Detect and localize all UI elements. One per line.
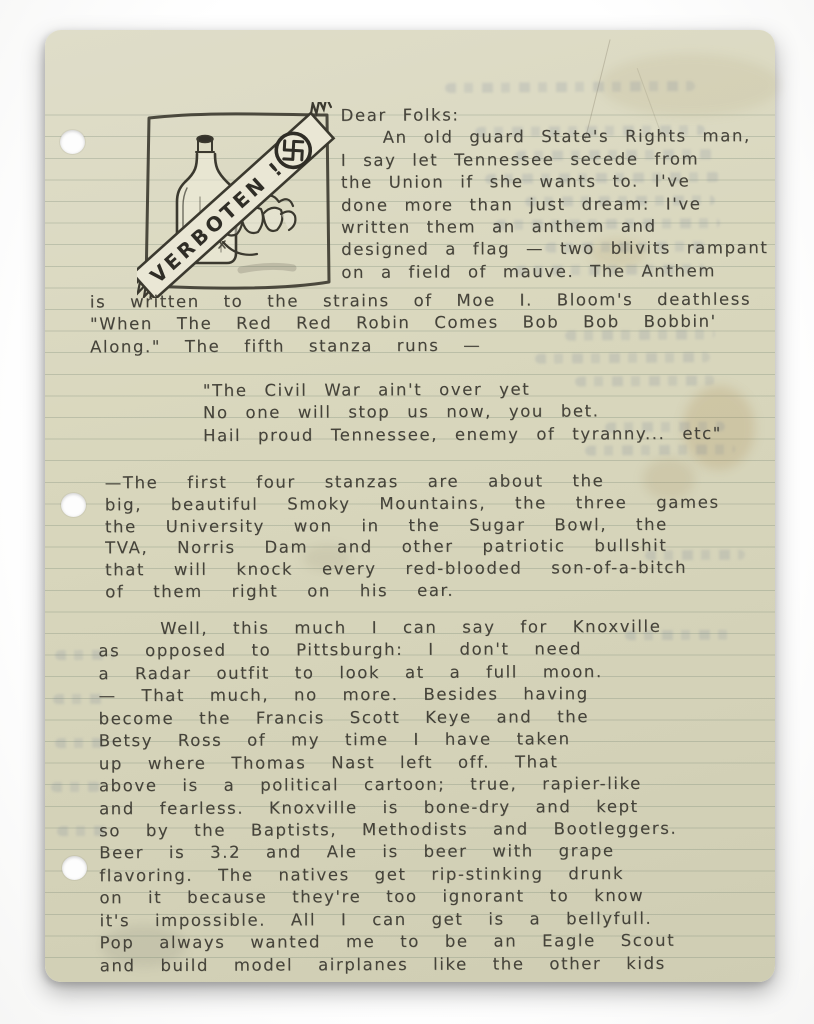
handwriting-line: —The first four stanzas are about the (105, 470, 720, 494)
letter-paragraph-stanzas: —The first four stanzas are about thebig… (105, 470, 720, 603)
handwriting-line: up where Thomas Nast left off. That (99, 750, 677, 775)
cartoon-sketch: VERBOTEN ! (137, 102, 337, 298)
handwriting-line: flavoring. The natives get rip-stinking … (99, 863, 677, 888)
handwriting-line: so by the Baptists, Methodists and Bootl… (99, 818, 677, 843)
handwriting-line: as opposed to Pittsburgh: I don't need (98, 638, 676, 663)
hole-punch (60, 130, 85, 154)
handwriting-line: become the Francis Scott Keye and the (99, 705, 677, 730)
handwriting-line: that will knock every red-blooded son-of… (105, 557, 720, 581)
handwriting-line: "When The Red Red Robin Comes Bob Bob Bo… (90, 311, 751, 336)
handwriting-line: of them right on his ear. (105, 579, 720, 603)
hole-punch (61, 493, 86, 517)
handwriting-line: a Radar outfit to look at a full moon. (98, 661, 676, 686)
handwriting-line: the University won in the Sugar Bowl, th… (105, 513, 720, 537)
handwriting-line: big, beautiful Smoky Mountains, the thre… (105, 491, 720, 515)
handwriting-line: designed a flag — two blivits rampant (341, 237, 768, 261)
letter-salutation: Dear Folks: (341, 103, 768, 127)
handwriting-line: Along." The fifth stanza runs — (90, 333, 751, 358)
handwriting-line: Betsy Ross of my time I have taken (99, 728, 677, 753)
handwriting-line: — That much, no more. Besides having (99, 683, 677, 708)
handwriting-line: written them an anthem and (341, 215, 768, 239)
anthem-stanza-quote: "The Civil War ain't over yetNo one will… (203, 378, 722, 447)
hole-punch (62, 856, 87, 880)
handwriting-line: Hail proud Tennessee, enemy of tyranny..… (203, 423, 722, 448)
letter-opening-block: Dear Folks: An old guard State's Rights … (341, 103, 769, 284)
notebook-paper-sheet: VERBOTEN ! Dear Folks: An old guard Stat… (45, 30, 775, 982)
political-cartoon-drawing: VERBOTEN ! (137, 102, 337, 298)
handwriting-line: Pop always wanted me to be an Eagle Scou… (100, 930, 678, 955)
handwriting-line: An old guard State's Rights man, (341, 125, 768, 149)
bleed-through-text (445, 81, 695, 93)
letter-paragraph-knoxville: Well, this much I can say for Knoxvillea… (98, 616, 678, 978)
letter-paragraph: An old guard State's Rights man,I say le… (341, 125, 769, 284)
handwriting-line: and fearless. Knoxville is bone-dry and … (99, 795, 677, 820)
bleed-through-text (585, 444, 735, 455)
handwriting-line: done more than just dream: I've (341, 193, 768, 217)
handwriting-line: it's impossible. All I can get is a bell… (99, 907, 677, 932)
handwriting-line: on it because they're too ignorant to kn… (99, 885, 677, 910)
handwriting-line: the Union if she wants to. I've (341, 170, 768, 194)
handwriting-line: Beer is 3.2 and Ale is beer with grape (99, 840, 677, 865)
handwriting-line: No one will stop us now, you bet. (203, 400, 722, 425)
bleed-through-text (51, 782, 101, 792)
handwriting-line: above is a political cartoon; true, rapi… (99, 773, 677, 798)
verboten-banner: VERBOTEN ! (137, 102, 337, 298)
handwriting-line: on a field of mauve. The Anthem (341, 260, 768, 284)
handwriting-line: and build model airplanes like the other… (100, 952, 678, 977)
handwriting-line: Well, this much I can say for Knoxville (98, 616, 676, 641)
handwriting-line: is written to the strains of Moe I. Bloo… (90, 289, 751, 314)
letter-paragraph-continued: is written to the strains of Moe I. Bloo… (90, 289, 752, 359)
shadow-hatch (241, 266, 293, 270)
handwriting-line: "The Civil War ain't over yet (203, 378, 722, 403)
handwriting-line: TVA, Norris Dam and other patriotic bull… (105, 535, 720, 559)
handwriting-line: I say let Tennessee secede from (341, 148, 768, 172)
